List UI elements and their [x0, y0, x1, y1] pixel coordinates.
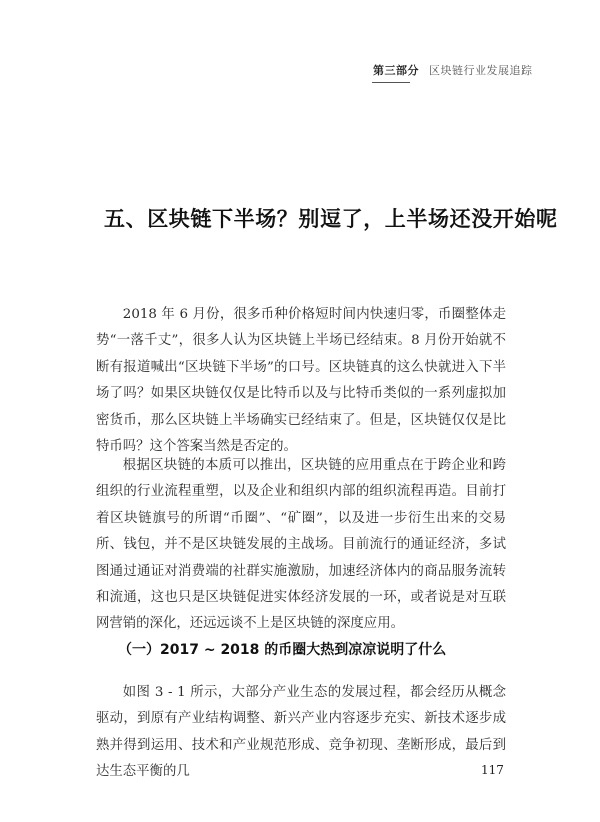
paragraph-text: 如图 3 - 1 所示，大部分产业生态的发展过程，都会经历从概念驱动，到原有产业…: [96, 680, 506, 786]
paragraph-text: 根据区块链的本质可以推出，区块链的应用重点在于跨企业和跨组织的行业流程重塑，以及…: [96, 453, 506, 638]
section-label: 区块链行业发展追踪: [429, 64, 533, 77]
page-number: 117: [481, 763, 504, 777]
body-paragraph-2: 根据区块链的本质可以推出，区块链的应用重点在于跨企业和跨组织的行业流程重塑，以及…: [96, 453, 506, 638]
header-rule: [372, 82, 410, 83]
body-paragraph-1: 2018 年 6 月份，很多币种价格短时间内快速归零，币圈整体走势“一落千丈”，…: [96, 302, 506, 460]
paragraph-text: 2018 年 6 月份，很多币种价格短时间内快速归零，币圈整体走势“一落千丈”，…: [96, 302, 506, 460]
body-paragraph-3: 如图 3 - 1 所示，大部分产业生态的发展过程，都会经历从概念驱动，到原有产业…: [96, 680, 506, 786]
section-subheading: （一）2017 ~ 2018 的币圈大热到凉凉说明了什么: [118, 639, 446, 659]
running-head: 第三部分区块链行业发展追踪: [373, 62, 533, 78]
part-label: 第三部分: [373, 64, 419, 77]
chapter-title: 五、区块链下半场？别逗了，上半场还没开始呢: [104, 203, 504, 233]
